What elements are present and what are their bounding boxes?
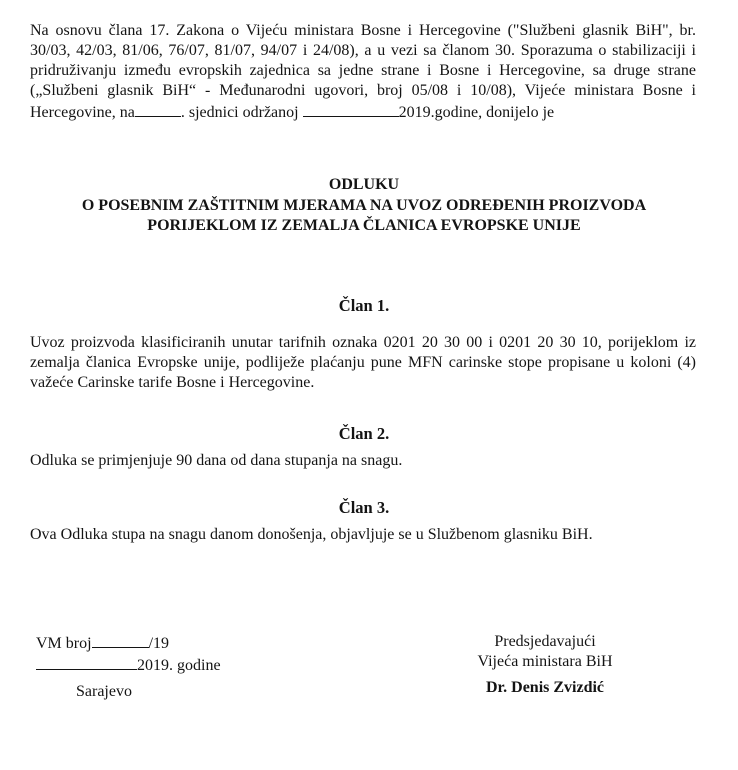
article-3-body: Ova Odluka stupa na snagu danom donošenj… — [30, 525, 696, 545]
preamble-closing-text: 2019.godine, donijelo je — [399, 104, 555, 121]
reference-date-suffix: 2019. godine — [137, 657, 221, 674]
reference-number-prefix: VM broj — [36, 635, 92, 652]
reference-number-blank — [92, 632, 149, 648]
article-2-body: Odluka se primjenjuje 90 dana od dana st… — [30, 451, 696, 471]
reference-date-row: 2019. godine — [36, 654, 221, 676]
article-1-body: Uvoz proizvoda klasificiranih unutar tar… — [30, 333, 696, 393]
reference-number-suffix: /19 — [149, 635, 169, 652]
reference-block: VM broj/19 2019. godine Sarajevo — [36, 632, 221, 702]
signatory-body: Vijeća ministara BiH — [460, 652, 630, 672]
signature-block: Predsjedavajući Vijeća ministara BiH Dr.… — [460, 632, 630, 698]
session-date-blank — [303, 101, 399, 117]
reference-city: Sarajevo — [36, 682, 221, 702]
signatory-role: Predsjedavajući — [460, 632, 630, 652]
reference-number-row: VM broj/19 — [36, 632, 221, 654]
preamble-session-text: . sjednici održanoj — [181, 104, 303, 121]
title-line-2: O POSEBNIM ZAŠTITNIM MJERAMA NA UVOZ ODR… — [0, 196, 728, 217]
article-3-heading: Član 3. — [0, 498, 728, 518]
signatory-name: Dr. Denis Zvizdić — [460, 678, 630, 698]
decision-title: ODLUKU O POSEBNIM ZAŠTITNIM MJERAMA NA U… — [0, 175, 728, 237]
preamble-paragraph: Na osnovu člana 17. Zakona o Vijeću mini… — [30, 21, 696, 123]
reference-date-blank — [36, 654, 137, 670]
title-line-1: ODLUKU — [0, 175, 728, 196]
title-line-3: PORIJEKLOM IZ ZEMALJA ČLANICA EVROPSKE U… — [0, 216, 728, 237]
document-page: Na osnovu člana 17. Zakona o Vijeću mini… — [0, 0, 738, 770]
article-1-heading: Član 1. — [0, 296, 728, 316]
session-number-blank — [135, 101, 181, 117]
article-2-heading: Član 2. — [0, 424, 728, 444]
